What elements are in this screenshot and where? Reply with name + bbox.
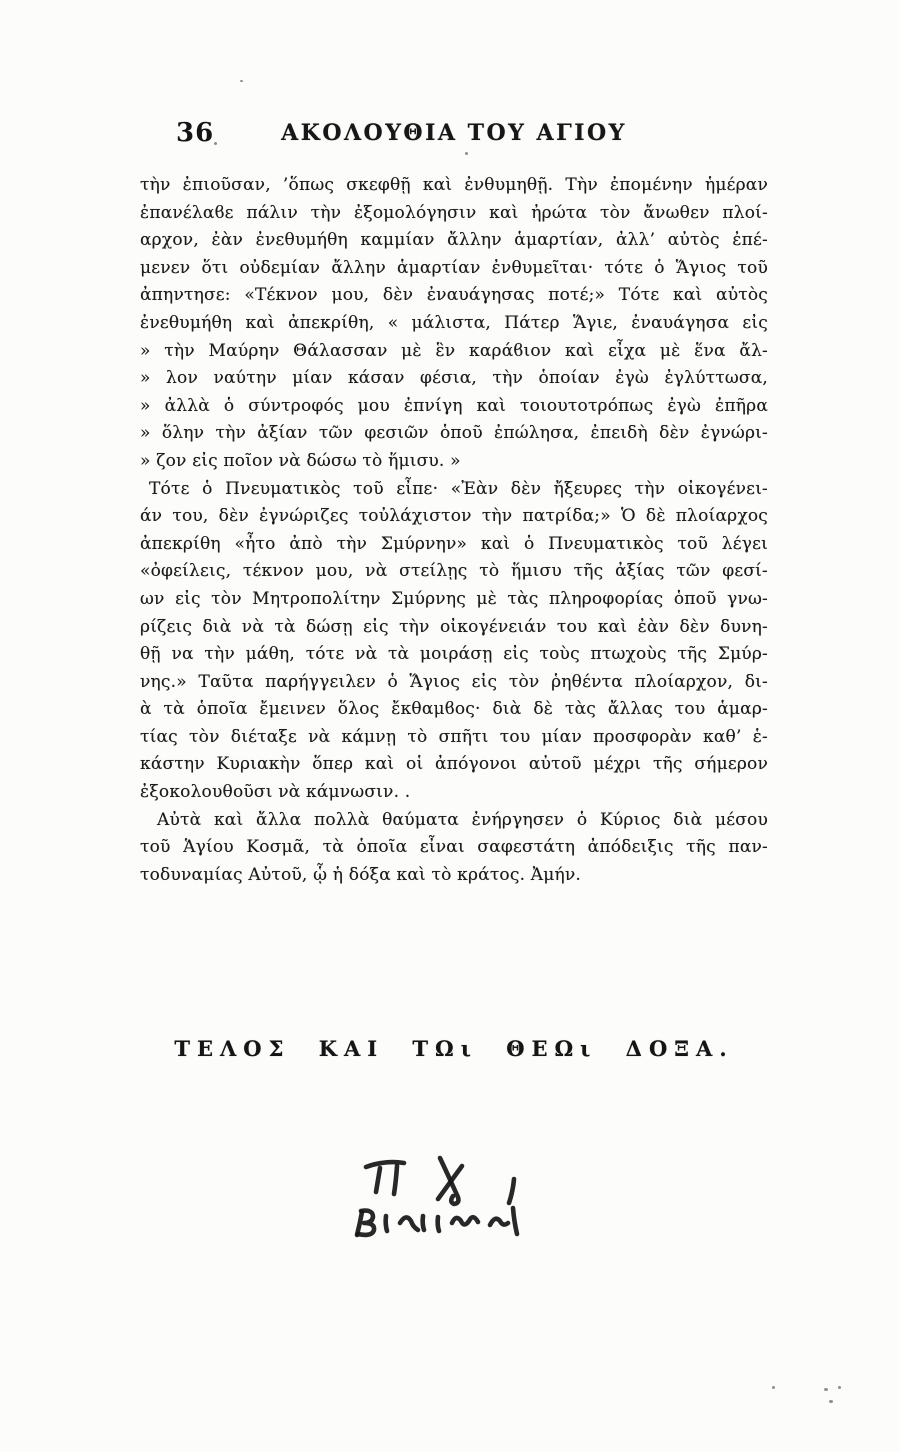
text-line: » λον ναύτην μίαν κάσαν φέσια, τὴν ὁποία… [140, 365, 768, 393]
text-line: ἀπεκρίθη «ἦτο ἀπὸ τὴν Σμύρνην» καὶ ὁ Πνε… [140, 531, 768, 559]
scanned-book-page: 36 ΑΚΟΛΟΥΘΙΑ ΤΟΥ ΑΓΙΟΥ τὴν ἐπιοῦσαν, ’ὅπ… [0, 0, 900, 1452]
page-header: 36 ΑΚΟΛΟΥΘΙΑ ΤΟΥ ΑΓΙΟΥ [140, 118, 768, 152]
scan-speck [465, 152, 468, 155]
text-line: αρχον, ἐὰν ἐνεθυμήθη καμμίαν ἄλλην ἁμαρτ… [140, 227, 768, 255]
text-line: ἐνεθυμήθη καὶ ἀπεκρίθη, « μάλιστα, Πάτερ… [140, 310, 768, 338]
scan-speck [214, 142, 217, 145]
text-line: «ὀφείλεις, τέκνον μου, νὰ στείλῃς τὸ ἥμι… [140, 558, 768, 586]
text-line-paragraph-start: Αὐτὰ καὶ ἄλλα πολλὰ θαύματα ἐνήργησεν ὁ … [140, 807, 768, 835]
running-title: ΑΚΟΛΟΥΘΙΑ ΤΟΥ ΑΓΙΟΥ [140, 120, 768, 146]
text-line: ων εἰς τὸν Μητροπολίτην Σμύρνης μὲ τὰς π… [140, 586, 768, 614]
text-line: » ἀλλὰ ὁ σύντροφός μου ἐπνίγη καὶ τοιουτ… [140, 393, 768, 421]
text-line: ἐπανέλαϐε πάλιν τὴν ἐξομολόγησιν καὶ ἠρώ… [140, 200, 768, 228]
text-line: » ὅλην τὴν ἀξίαν τῶν φεσιῶν ὁποῦ ἐπώλησα… [140, 420, 768, 448]
text-line-paragraph-start: Τότε ὁ Πνευματικὸς τοῦ εἶπε· «Ἐὰν δὲν ἤξ… [140, 476, 768, 504]
text-line: μενεν ὅτι οὐδεμίαν ἄλλην ἁμαρτίαν ἐνθυμε… [140, 255, 768, 283]
text-line: νης.» Ταῦτα παρήγγειλεν ὁ Ἅγιος εἰς τὸν … [140, 669, 768, 697]
scan-speck [829, 1400, 833, 1403]
body-text-block: τὴν ἐπιοῦσαν, ’ὅπως σκεφθῇ καὶ ἐνθυμηθῇ.… [140, 172, 768, 889]
text-line: τοῦ Ἁγίου Κοσμᾶ, τὰ ὁποῖα εἶναι σαφεστάτ… [140, 834, 768, 862]
text-line: ἀπηντησε: «Τέκνον μου, δὲν ἐναυάγησας πο… [140, 282, 768, 310]
text-line: άν του, δὲν ἐγνώριζες τοὐλάχιστον τὴν πα… [140, 503, 768, 531]
text-line: θῇ να τὴν μάθη, τότε νὰ τὰ μοιράσῃ εἰς τ… [140, 641, 768, 669]
text-line: τὴν ἐπιοῦσαν, ’ὅπως σκεφθῇ καὶ ἐνθυμηθῇ.… [140, 172, 768, 200]
text-line: » ζον εἰς ποῖον νὰ δώσω τὸ ἥμισυ. » [140, 448, 768, 476]
scan-speck [772, 1386, 775, 1389]
text-line: ἐξοκολουθοῦσι νὰ κάμνωσιν. . [140, 779, 768, 807]
text-line: » τὴν Μαύρην Θάλασσαν μὲ ἓν καράϐιον καὶ… [140, 338, 768, 366]
text-line: τοδυναμίας Αὐτοῦ, ᾧ ἡ δόξα καὶ τὸ κράτος… [140, 862, 768, 890]
text-line: ρίζεις διὰ νὰ τὰ δώσῃ εἰς τὴν οἰκογένειά… [140, 614, 768, 642]
text-line: τίας τὸν διέταξε νὰ κάμνῃ τὸ σπῆτι του μ… [140, 724, 768, 752]
colophon-telos: ΤΕΛΟΣ ΚΑΙ ΤΩι ΘΕΩι ΔΟΞΑ. [140, 1036, 768, 1061]
text-line: ὰ τὰ ὁποῖα ἔμεινεν ὅλος ἔκθαμϐος· διὰ δὲ… [140, 696, 768, 724]
scan-speck [240, 80, 243, 82]
text-line: κάστην Κυριακὴν ὅπερ καὶ οἱ ἀπόγονοι αὐτ… [140, 751, 768, 779]
scan-speck [838, 1386, 841, 1389]
scan-speck [824, 1388, 828, 1391]
